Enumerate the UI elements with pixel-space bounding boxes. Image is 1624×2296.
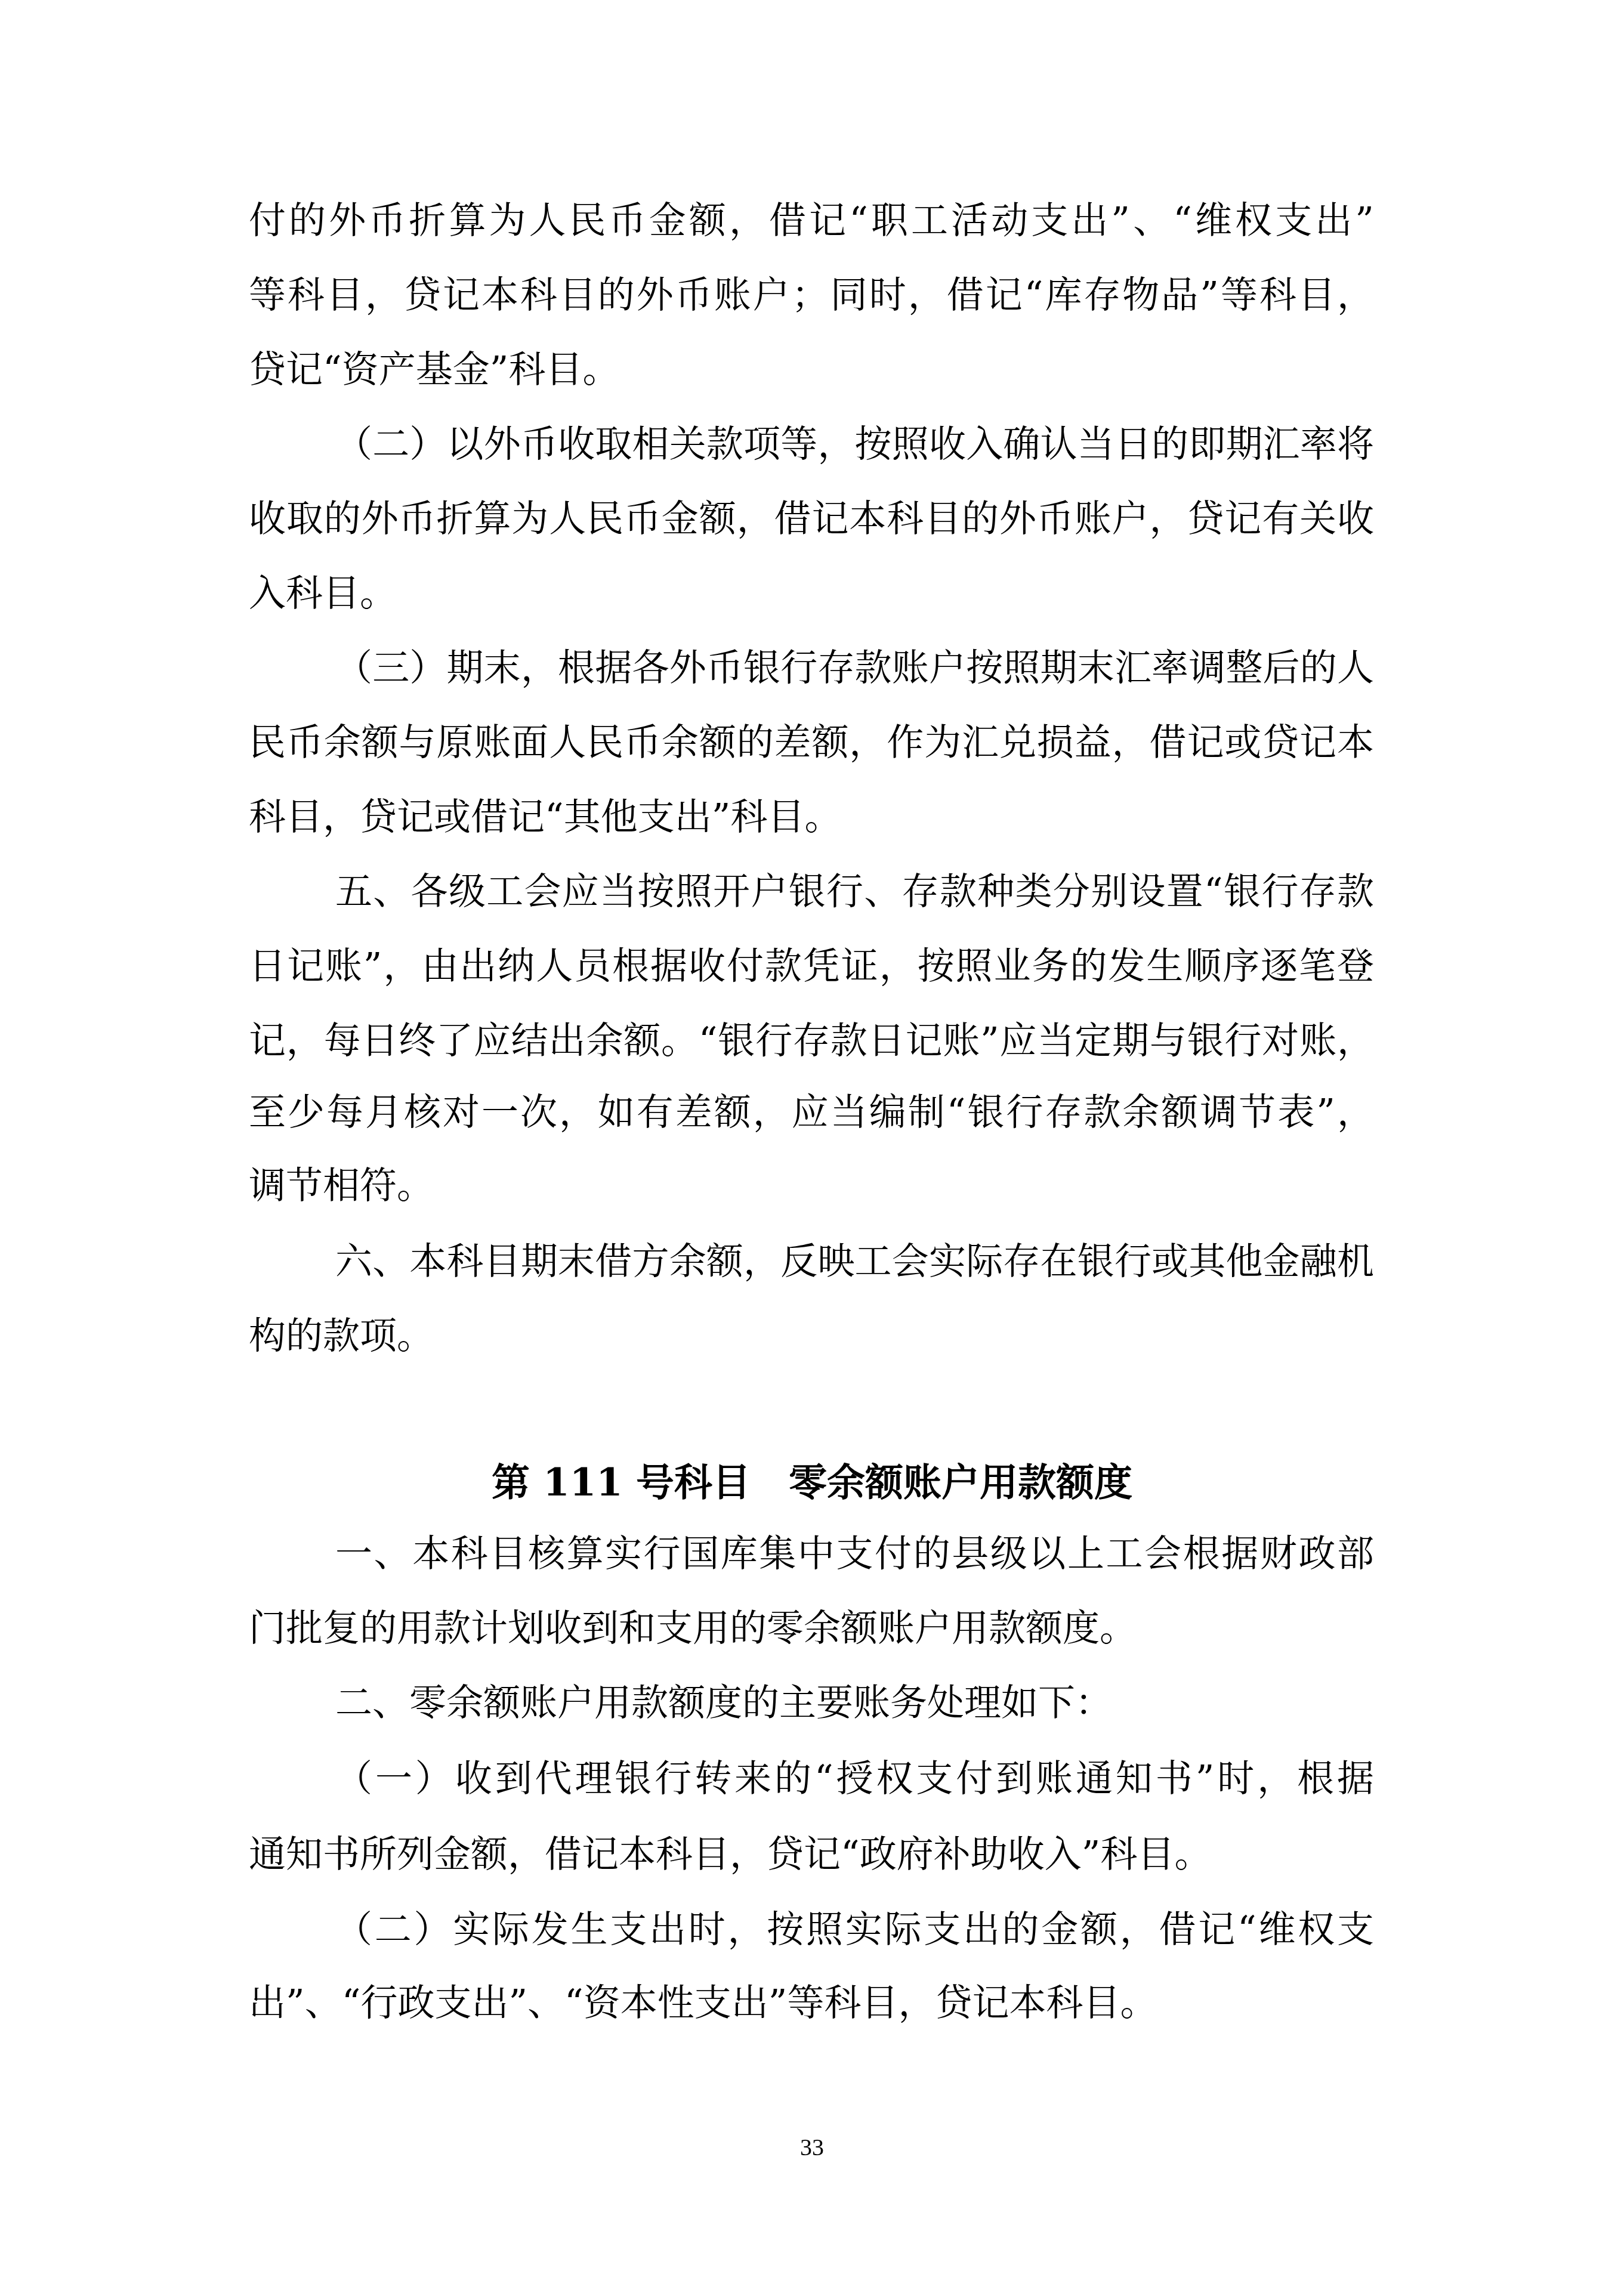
body-line: 通知书所列金额，借记本科目，贷记“政府补助收入”科目。	[249, 1834, 1374, 1875]
body-line: 民币余额与原账面人民币余额的差额，作为汇兑损益，借记或贷记本	[249, 722, 1374, 764]
body-line: 等科目，贷记本科目的外币账户；同时，借记“库存物品”等科目，	[249, 274, 1374, 316]
body-line: 科目，贷记或借记“其他支出”科目。	[249, 796, 1374, 838]
document-page: 付的外币折算为人民币金额，借记“职工活动支出”、“维权支出” 等科目，贷记本科目…	[0, 0, 1624, 2296]
body-line: 调节相符。	[249, 1165, 1374, 1207]
body-line: 收取的外币折算为人民币金额，借记本科目的外币账户，贷记有关收	[249, 498, 1374, 540]
paragraph-first-line: 六、本科目期末借方余额，反映工会实际存在银行或其他金融机	[335, 1241, 1374, 1283]
paragraph-first-line: （二）以外币收取相关款项等，按照收入确认当日的即期汇率将	[335, 424, 1374, 465]
body-line: 至少每月核对一次，如有差额，应当编制“银行存款余额调节表”，	[249, 1092, 1374, 1133]
body-line: 出”、“行政支出”、“资本性支出”等科目，贷记本科目。	[249, 1982, 1374, 2024]
body-line: 付的外币折算为人民币金额，借记“职工活动支出”、“维权支出”	[249, 200, 1374, 242]
body-line: 门批复的用款计划收到和支用的零余额账户用款额度。	[249, 1608, 1374, 1649]
paragraph-first-line: （二）实际发生支出时，按照实际支出的金额，借记“维权支	[335, 1909, 1374, 1951]
body-line: 记，每日终了应结出余额。“银行存款日记账”应当定期与银行对账，	[249, 1020, 1374, 1062]
section-heading: 第 111 号科目 零余额账户用款额度	[0, 1460, 1624, 1506]
paragraph-first-line: 五、各级工会应当按照开户银行、存款种类分别设置“银行存款	[335, 871, 1374, 913]
body-line: 入科目。	[249, 573, 1374, 614]
page-number: 33	[0, 2134, 1624, 2161]
body-line: 构的款项。	[249, 1315, 1374, 1357]
body-line: 贷记“资产基金”科目。	[249, 349, 1374, 391]
paragraph-first-line: 二、零余额账户用款额度的主要账务处理如下：	[335, 1682, 1374, 1724]
paragraph-first-line: （三）期末，根据各外币银行存款账户按照期末汇率调整后的人	[335, 647, 1374, 689]
body-line: 日记账”，由出纳人员根据收付款凭证，按照业务的发生顺序逐笔登	[249, 945, 1374, 987]
paragraph-first-line: 一、本科目核算实行国库集中支付的县级以上工会根据财政部	[335, 1533, 1374, 1575]
paragraph-first-line: （一）收到代理银行转来的“授权支付到账通知书”时，根据	[335, 1758, 1374, 1800]
